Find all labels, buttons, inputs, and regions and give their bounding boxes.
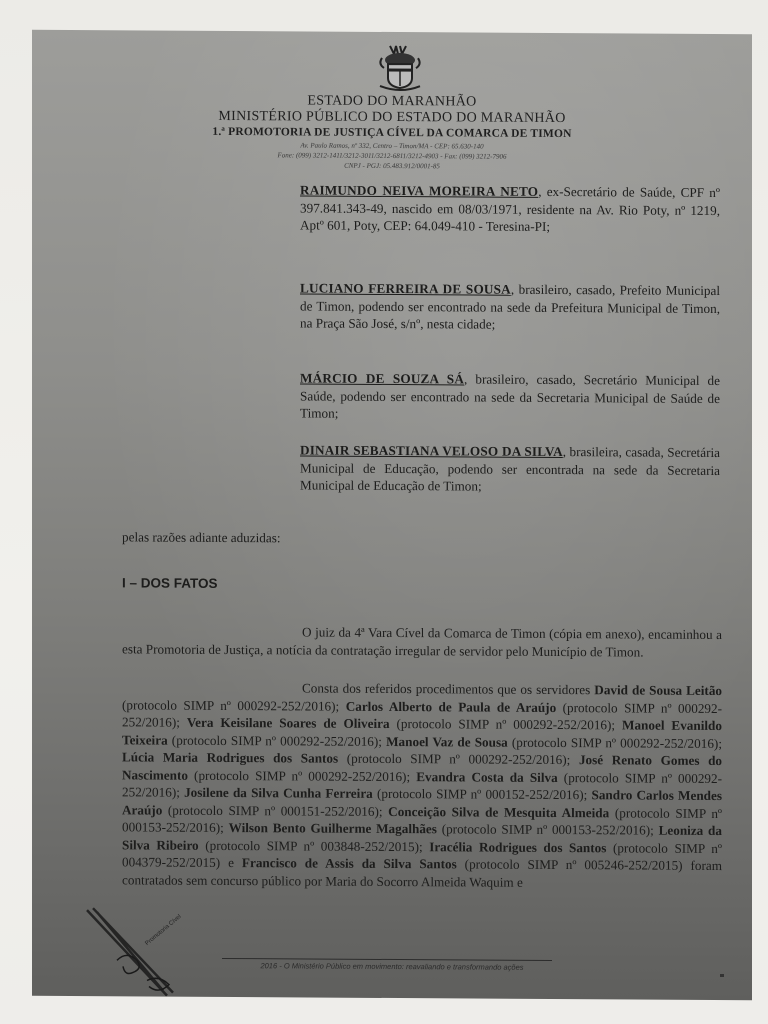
- servant-name: Carlos Alberto de Paula de Araújo: [346, 698, 556, 714]
- facts-paragraph-2: Consta dos referidos procedimentos que o…: [122, 678, 722, 892]
- footer-motto: 2016 - O Ministério Público em movimento…: [202, 961, 582, 972]
- servant-name: Manoel Vaz de Sousa: [386, 733, 508, 749]
- servant-protocol: (protocolo SIMP nº 000292-252/2016);: [122, 697, 346, 713]
- servant-name: Josilene da Silva Cunha Ferreira: [184, 785, 373, 801]
- party-name: LUCIANO FERREIRA DE SOUSA: [300, 280, 511, 296]
- paragraph-lead: Consta dos referidos procedimentos que o…: [302, 680, 590, 697]
- servant-protocol: (protocolo SIMP nº 000152-252/2016);: [373, 786, 592, 802]
- header-cnpj: CNPJ - PGJ: 05.483.912/0001-85: [32, 160, 752, 172]
- servant-protocol: (protocolo SIMP nº 000292-252/2016);: [338, 751, 579, 767]
- svg-text:Promotoria Cível: Promotoria Cível: [144, 914, 182, 947]
- signature-stamp-icon: Promotoria Cível: [77, 900, 217, 1001]
- servant-protocol: (protocolo SIMP nº 000292-252/2016);: [390, 716, 622, 732]
- party-block: RAIMUNDO NEIVA MOREIRA NETO, ex-Secretár…: [300, 181, 720, 236]
- servant-protocol: (protocolo SIMP nº 000292-252/2016);: [168, 732, 386, 748]
- servant-name: Evandra Costa da Silva: [416, 769, 557, 785]
- section-title: I – DOS FATOS: [122, 575, 218, 591]
- state-coat-of-arms-icon: [372, 42, 428, 92]
- party-block: MÁRCIO DE SOUZA SÁ, brasileiro, casado, …: [300, 369, 720, 424]
- servant-protocol: (protocolo SIMP nº 000292-252/2016);: [508, 734, 722, 750]
- servant-name: Iracélia Rodrigues dos Santos: [429, 839, 606, 855]
- servant-protocol: (protocolo SIMP nº 005246-252/2015): [457, 856, 691, 872]
- servant-protocol: (protocolo SIMP nº 003848-252/2015);: [199, 837, 430, 853]
- servant-protocol: (protocolo SIMP nº 000153-252/2016);: [437, 821, 659, 837]
- party-name: MÁRCIO DE SOUZA SÁ: [300, 370, 464, 386]
- party-name: RAIMUNDO NEIVA MOREIRA NETO: [300, 182, 538, 198]
- servant-name: Francisco de Assis da Silva Santos: [242, 855, 457, 871]
- servant-name: Wilson Bento Guilherme Magalhães: [229, 820, 437, 836]
- page-edge-mark: [720, 974, 724, 977]
- servant-name: Lúcia Maria Rodrigues dos Santos: [122, 749, 338, 765]
- party-block: LUCIANO FERREIRA DE SOUSA, brasileiro, c…: [300, 279, 720, 334]
- party-name: DINAIR SEBASTIANA VELOSO DA SILVA: [300, 442, 563, 459]
- servant-name: David de Sousa Leitão: [594, 682, 722, 698]
- servant-protocol: (protocolo SIMP nº 000151-252/2016);: [162, 802, 388, 818]
- intro-text: pelas razões adiante aduzidas:: [122, 528, 722, 549]
- party-block: DINAIR SEBASTIANA VELOSO DA SILVA, brasi…: [300, 441, 720, 496]
- servant-name: Vera Keisilane Soares de Oliveira: [187, 715, 390, 731]
- servant-protocol: (protocolo SIMP nº 000292-252/2016);: [188, 767, 416, 783]
- facts-paragraph-1: O juiz da 4ª Vara Cível da Comarca de Ti…: [122, 622, 722, 661]
- document-page: ESTADO DO MARANHÃO MINISTÉRIO PÚBLICO DO…: [32, 30, 752, 1000]
- servant-name: Conceição Silva de Mesquita Almeida: [388, 803, 609, 819]
- servants-list: David de Sousa Leitão (protocolo SIMP nº…: [122, 682, 722, 873]
